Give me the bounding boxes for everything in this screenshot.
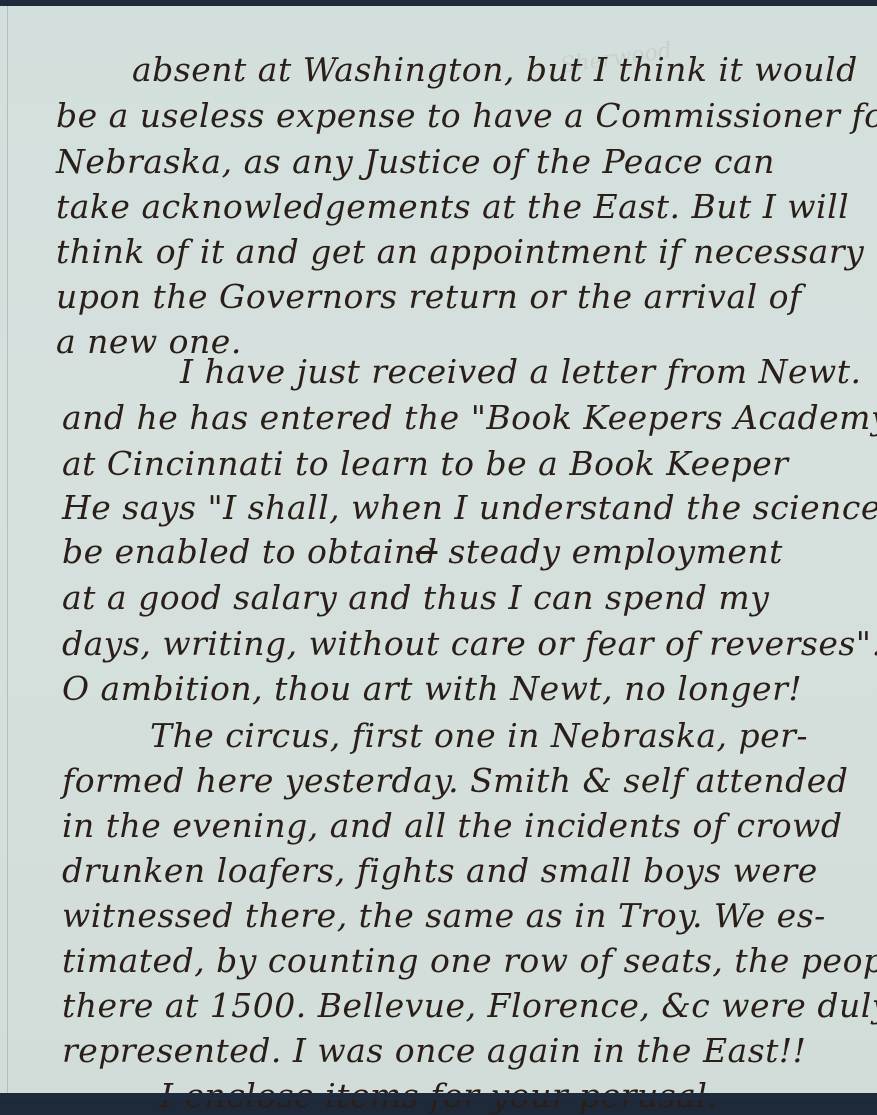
letter-page: Sherwood absent at Washington, but I thi… [0, 6, 877, 1093]
letter-line: be enabled to obtaind steady employment [62, 532, 783, 571]
letter-line: in the evening, and all the incidents of… [62, 806, 843, 845]
letter-line: at a good salary and thus I can spend my [62, 578, 769, 617]
letter-line: be a useless expense to have a Commissio… [56, 96, 877, 135]
letter-line: there at 1500. Bellevue, Florence, &c we… [62, 986, 877, 1025]
letter-line: The circus, first one in Nebraska, per- [150, 716, 808, 755]
letter-line: upon the Governors return or the arrival… [56, 277, 802, 316]
letter-line: take acknowledgements at the East. But I… [56, 187, 849, 226]
letter-line: O ambition, thou art with Newt, no longe… [62, 669, 802, 708]
bottom-edge-band [0, 1093, 877, 1100]
letter-line: think of it and get an appointment if ne… [56, 232, 864, 271]
letter-line: formed here yesterday. Smith & self atte… [62, 761, 848, 800]
struck-out-letter: d [416, 532, 438, 571]
letter-line: and he has entered the "Book Keepers Aca… [62, 398, 877, 437]
letter-line: witnessed there, the same as in Troy. We… [62, 896, 826, 935]
letter-line: I have just received a letter from Newt. [180, 352, 862, 391]
letter-line: absent at Washington, but I think it wou… [132, 50, 858, 89]
show-through-text [38, 236, 48, 262]
letter-line: at Cincinnati to learn to be a Book Keep… [62, 444, 789, 483]
page-fold-line [7, 6, 8, 1093]
letter-line: drunken loafers, fights and small boys w… [62, 851, 818, 890]
letter-line: Nebraska, as any Justice of the Peace ca… [56, 142, 775, 181]
letter-text: steady employment [448, 532, 783, 571]
letter-text: be enabled to obtain [62, 532, 416, 571]
letter-line: He says "I shall, when I understand the … [62, 488, 877, 527]
letter-line: represented. I was once again in the Eas… [62, 1031, 806, 1070]
letter-line: days, writing, without care or fear of r… [62, 624, 877, 663]
letter-line: timated, by counting one row of seats, t… [62, 941, 877, 980]
